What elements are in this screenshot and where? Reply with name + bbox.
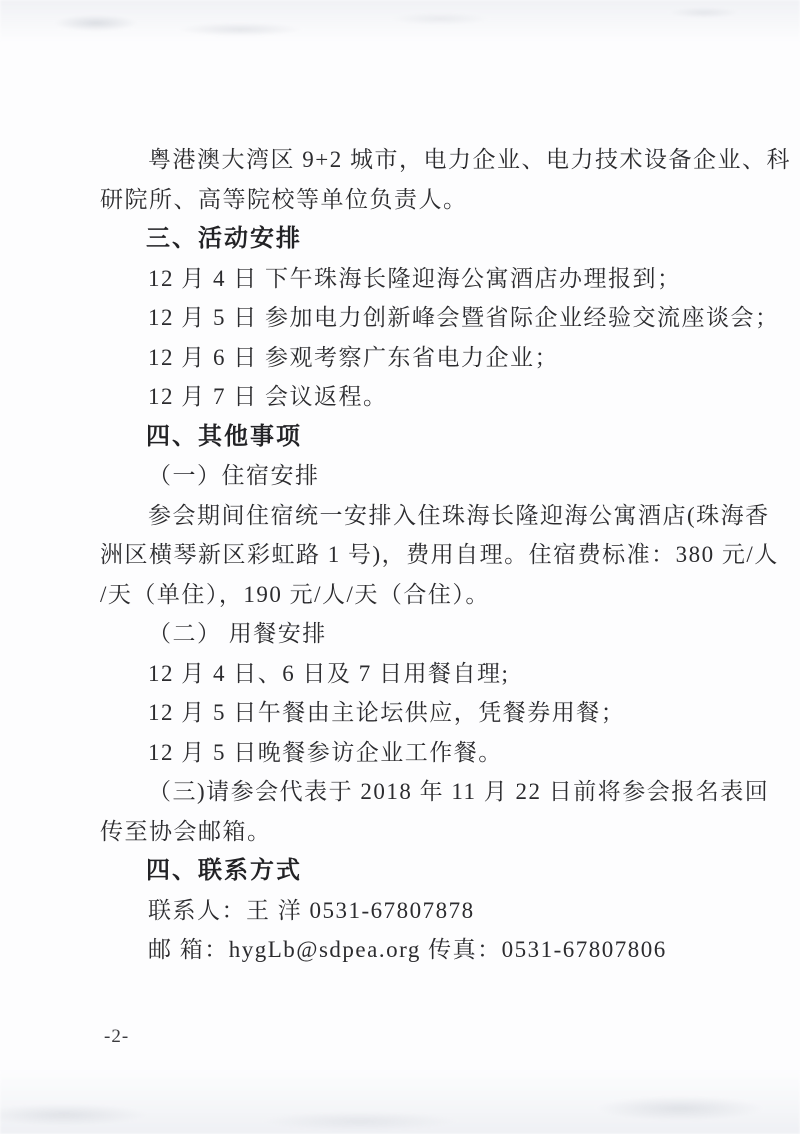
document-body: 粤港澳大湾区 9+2 城市，电力企业、电力技术设备企业、科 研院所、高等院校等单…	[100, 140, 718, 970]
scanned-document-page: 粤港澳大湾区 9+2 城市，电力企业、电力技术设备企业、科 研院所、高等院校等单…	[0, 0, 800, 1134]
lodging-line3: /天（单住），190 元/人/天（合住）。	[100, 575, 718, 615]
section-heading-contact: 四、联系方式	[100, 851, 718, 891]
schedule-dec6: 12 月 6 日 参观考察广东省电力企业；	[100, 338, 718, 378]
scan-noise-top	[0, 0, 800, 42]
paragraph-attendees-line1: 粤港澳大湾区 9+2 城市，电力企业、电力技术设备企业、科	[100, 140, 718, 180]
scan-noise-bottom	[0, 1070, 800, 1134]
meals-line1: 12 月 4 日、6 日及 7 日用餐自理;	[100, 654, 718, 694]
schedule-dec5: 12 月 5 日 参加电力创新峰会暨省际企业经验交流座谈会；	[100, 298, 718, 338]
schedule-dec7: 12 月 7 日 会议返程。	[100, 377, 718, 417]
meals-line3: 12 月 5 日晚餐参访企业工作餐。	[100, 733, 718, 773]
page-number: -2-	[104, 1026, 129, 1048]
lodging-line2: 洲区横琴新区彩虹路 1 号)，费用自理。住宿费标准：380 元/人	[100, 535, 718, 575]
paragraph-attendees-line2: 研院所、高等院校等单位负责人。	[100, 180, 718, 220]
meals-line2: 12 月 5 日午餐由主论坛供应，凭餐券用餐；	[100, 693, 718, 733]
subheading-meals: （二） 用餐安排	[100, 614, 718, 654]
schedule-dec4: 12 月 4 日 下午珠海长隆迎海公寓酒店办理报到；	[100, 259, 718, 299]
registration-deadline-line2: 传至协会邮箱。	[100, 812, 718, 852]
registration-deadline-line1: （三)请参会代表于 2018 年 11 月 22 日前将参会报名表回	[100, 772, 718, 812]
subheading-lodging: （一）住宿安排	[100, 456, 718, 496]
section-heading-other-matters: 四、其他事项	[100, 417, 718, 457]
lodging-line1: 参会期间住宿统一安排入住珠海长隆迎海公寓酒店(珠海香	[100, 496, 718, 536]
contact-person-line: 联系人：王 洋 0531-67807878	[100, 891, 718, 931]
section-heading-activities: 三、活动安排	[100, 219, 718, 259]
contact-email-fax-line: 邮 箱：hygLb@sdpea.org 传真：0531-67807806	[100, 930, 718, 970]
